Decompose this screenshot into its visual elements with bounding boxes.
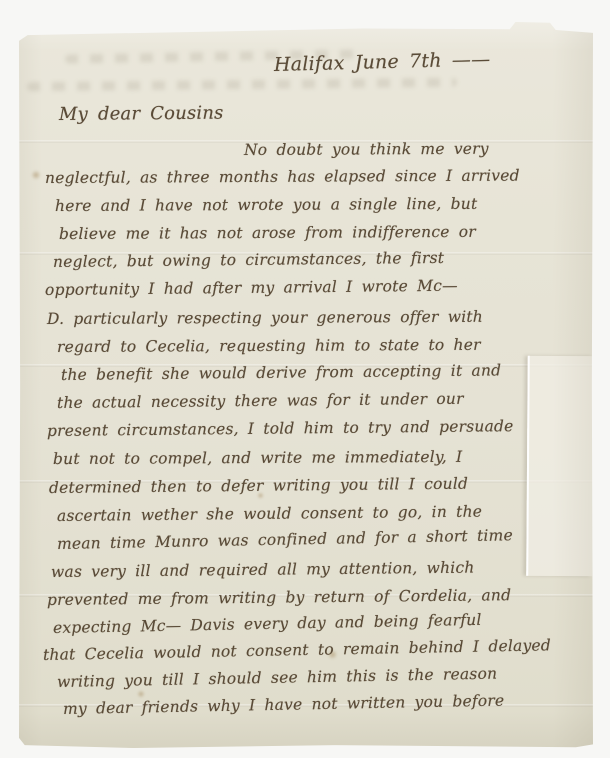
letter-line: was very ill and required all my attenti… xyxy=(51,559,475,581)
foxing-spot xyxy=(31,170,41,180)
letter-line: that Cecelia would not consent to remain… xyxy=(43,636,551,664)
letter-line: ascertain wether she would consent to go… xyxy=(57,503,482,525)
letter-line: my dear friends why I have not written y… xyxy=(63,692,505,718)
letter-heading-place-date: Halifax June 7th —— xyxy=(274,48,491,76)
letter-line: neglectful, as three months has elapsed … xyxy=(45,167,520,187)
letter-line: present circumstances, I told him to try… xyxy=(47,417,514,440)
letter-line: No doubt you think me very xyxy=(244,140,489,159)
paper-tear-strip xyxy=(526,356,594,576)
letter-line: regard to Cecelia, requesting him to sta… xyxy=(57,336,481,356)
letter-scan: Halifax June 7th —— My dear Cousins No d… xyxy=(0,0,610,758)
foxing-spot xyxy=(137,690,145,698)
letter-paper: Halifax June 7th —— My dear Cousins No d… xyxy=(19,22,593,748)
letter-line: D. particularly respecting your generous… xyxy=(47,308,483,328)
letter-line: mean time Munro was confined and for a s… xyxy=(57,526,513,553)
letter-line: believe me it has not arose from indiffe… xyxy=(59,223,476,243)
letter-line: prevented me from writing by return of C… xyxy=(47,586,511,609)
letter-line: opportunity I had after my arrival I wro… xyxy=(45,277,458,299)
letter-line: the actual necessity there was for it un… xyxy=(57,390,464,412)
letter-line: neglect, but owing to circumstances, the… xyxy=(53,249,444,271)
letter-line: here and I have not wrote you a single l… xyxy=(55,195,477,215)
letter-line: but not to compel, and write me immediat… xyxy=(53,448,462,468)
letter-line: determined then to defer writing you til… xyxy=(49,475,468,497)
ink-bleedthrough xyxy=(27,78,457,92)
letter-line: writing you till I should see him this i… xyxy=(57,665,498,691)
letter-salutation: My dear Cousins xyxy=(59,103,224,125)
letter-line: the benefit she would derive from accept… xyxy=(61,361,501,384)
letter-line: expecting Mc— Davis every day and being … xyxy=(53,611,482,637)
